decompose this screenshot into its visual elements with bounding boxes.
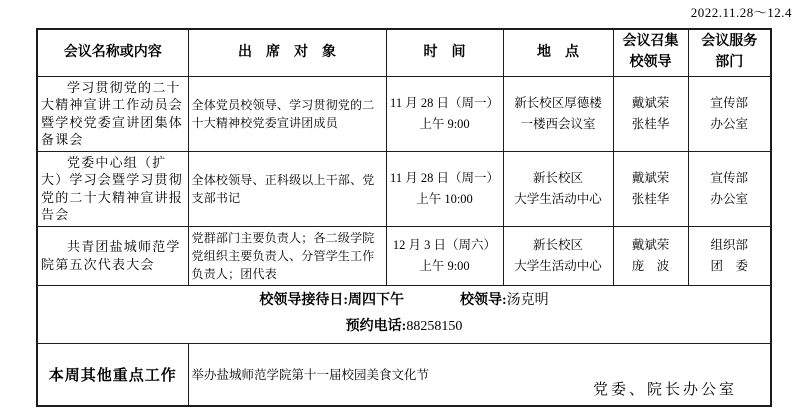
cell-time: 11 月 28 日（周一） 上午 10:00 bbox=[386, 151, 503, 226]
cell-meeting-name: 党委中心组（扩大）学习会暨学习贯彻党的二十大精神宣讲报告会 bbox=[37, 151, 188, 226]
cell-attendees: 党群部门主要负责人；各二级学院党组织主要负责人、分管学生工作负责人；团代表 bbox=[188, 226, 386, 285]
table-row: 党委中心组（扩大）学习会暨学习贯彻党的二十大精神宣讲报告会 全体校领导、正科级以… bbox=[37, 151, 771, 226]
header-row: 会议名称或内容 出 席 对 象 时 间 地 点 会议召集 校领导 会议服务 部门 bbox=[37, 29, 771, 76]
header-time: 时 间 bbox=[386, 29, 503, 76]
cell-service: 宣传部 办公室 bbox=[688, 76, 771, 151]
cell-meeting-name: 共青团盐城师范学院第五次代表大会 bbox=[37, 226, 188, 285]
header-attendees: 出 席 对 象 bbox=[188, 29, 386, 76]
cell-location: 新长校区 大学生活动中心 bbox=[503, 151, 613, 226]
date-range: 2022.11.28～12.4 bbox=[691, 2, 792, 21]
cell-location: 新长校区厚德楼 一楼西会议室 bbox=[503, 76, 613, 151]
reception-leader-label: 校领导: bbox=[460, 293, 507, 308]
header-meeting-name: 会议名称或内容 bbox=[37, 29, 188, 76]
header-service-department: 会议服务 部门 bbox=[688, 29, 771, 76]
reception-line-2: 预约电话:88258150 bbox=[41, 314, 767, 341]
reception-day-value: 周四下午 bbox=[348, 293, 404, 308]
other-work-label: 本周其他重点工作 bbox=[37, 344, 188, 406]
cell-service: 宣传部 办公室 bbox=[688, 151, 771, 226]
cell-attendees: 全体党员校领导、学习贯彻党的二十大精神校党委宣讲团成员 bbox=[188, 76, 386, 151]
cell-meeting-name: 学习贯彻党的二十大精神宣讲工作动员会暨学校党委宣讲团集体备课会 bbox=[37, 76, 188, 151]
cell-service: 组织部 团 委 bbox=[688, 226, 771, 285]
reception-row: 校领导接待日:周四下午校领导:汤克明 预约电话:88258150 bbox=[37, 285, 771, 343]
schedule-table: 会议名称或内容 出 席 对 象 时 间 地 点 会议召集 校领导 会议服务 部门… bbox=[36, 28, 772, 407]
reception-phone-value: 88258150 bbox=[406, 319, 462, 334]
reception-leader-value: 汤克明 bbox=[507, 293, 549, 308]
reception-phone-label: 预约电话: bbox=[346, 319, 407, 334]
cell-leaders: 戴斌荣 张桂华 bbox=[613, 76, 688, 151]
cell-leaders: 戴斌荣 张桂华 bbox=[613, 151, 688, 226]
footer-signature: 党委、院长办公室 bbox=[593, 378, 737, 399]
header-convening-leaders: 会议召集 校领导 bbox=[613, 29, 688, 76]
cell-leaders: 戴斌荣 庞 波 bbox=[613, 226, 688, 285]
cell-time: 11 月 28 日（周一） 上午 9:00 bbox=[386, 76, 503, 151]
table-row: 共青团盐城师范学院第五次代表大会 党群部门主要负责人；各二级学院党组织主要负责人… bbox=[37, 226, 771, 285]
reception-day-label: 校领导接待日: bbox=[259, 293, 348, 308]
reception-cell: 校领导接待日:周四下午校领导:汤克明 预约电话:88258150 bbox=[37, 285, 771, 343]
header-location: 地 点 bbox=[503, 29, 613, 76]
cell-time: 12 月 3 日（周六） 上午 9:00 bbox=[386, 226, 503, 285]
cell-attendees: 全体校领导、正科级以上干部、党支部书记 bbox=[188, 151, 386, 226]
cell-location: 新长校区 大学生活动中心 bbox=[503, 226, 613, 285]
table-row: 学习贯彻党的二十大精神宣讲工作动员会暨学校党委宣讲团集体备课会 全体党员校领导、… bbox=[37, 76, 771, 151]
reception-line-1: 校领导接待日:周四下午校领导:汤克明 bbox=[41, 288, 767, 315]
